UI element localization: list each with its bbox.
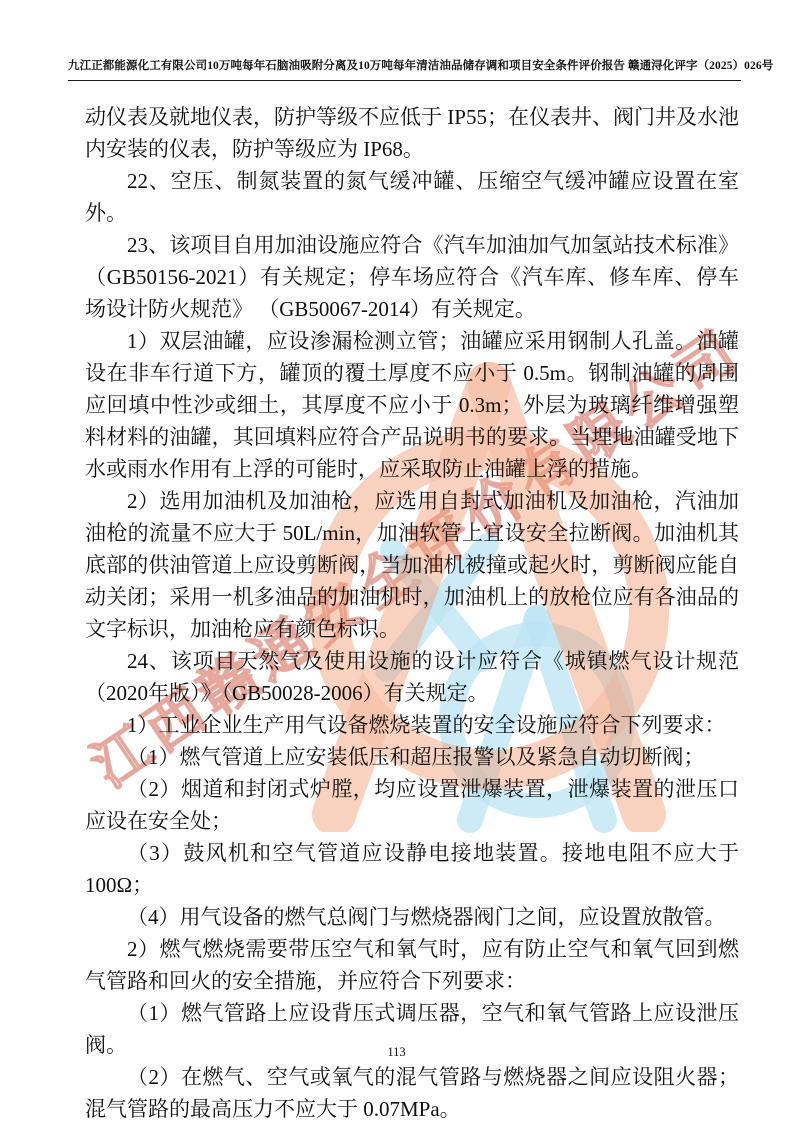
body-paragraph: 24、该项目天然气及使用设施的设计应符合《城镇燃气设计规范（2020年版）》（G… — [85, 645, 739, 709]
page-header-title: 九江正都能源化工有限公司10万吨每年石脑油吸附分离及10万吨每年清洁油品储存调和… — [68, 57, 741, 81]
body-paragraph: 22、空压、制氮装置的氮气缓冲罐、压缩空气缓冲罐应设置在室外。 — [85, 165, 739, 229]
body-paragraph: （1）燃气管道上应安装低压和超压报警以及紧急自动切断阀； — [85, 741, 739, 773]
body-paragraph: 2）选用加油机及加油枪，应选用自封式加油机及加油枪，汽油加油枪的流量不应大于 5… — [85, 485, 739, 645]
body-paragraph: （4）用气设备的燃气总阀门与燃烧器阀门之间，应设置放散管。 — [85, 901, 739, 933]
body-paragraph: （2）在燃气、空气或氧气的混气管路与燃烧器之间应设阻火器；混气管路的最高压力不应… — [85, 1061, 739, 1122]
body-paragraph: 1）双层油罐，应设渗漏检测立管；油罐应采用钢制人孔盖。油罐设在非车行道下方，罐顶… — [85, 325, 739, 485]
body-paragraph: 动仪表及就地仪表，防护等级不应低于 IP55；在仪表井、阀门井及水池内安装的仪表… — [85, 101, 739, 165]
document-body: 动仪表及就地仪表，防护等级不应低于 IP55；在仪表井、阀门井及水池内安装的仪表… — [85, 101, 739, 1122]
body-paragraph: （3）鼓风机和空气管道应设静电接地装置。接地电阻不应大于 100Ω； — [85, 837, 739, 901]
body-paragraph: 2）燃气燃烧需要带压空气和氧气时，应有防止空气和氧气回到燃气管路和回火的安全措施… — [85, 933, 739, 997]
body-paragraph: （2）烟道和封闭式炉膛，均应设置泄爆装置，泄爆装置的泄压口应设在安全处； — [85, 773, 739, 837]
page-number: 113 — [0, 1045, 793, 1060]
body-paragraph: 23、该项目自用加油设施应符合《汽车加油加气加氢站技术标准》（GB50156-2… — [85, 229, 739, 325]
document-page: 江西赣通安全评价有限公司 九江正都能源化工有限公司10万吨每年石脑油吸附分离及1… — [0, 0, 793, 1122]
body-paragraph: 1）工业企业生产用气设备燃烧装置的安全设施应符合下列要求： — [85, 709, 739, 741]
